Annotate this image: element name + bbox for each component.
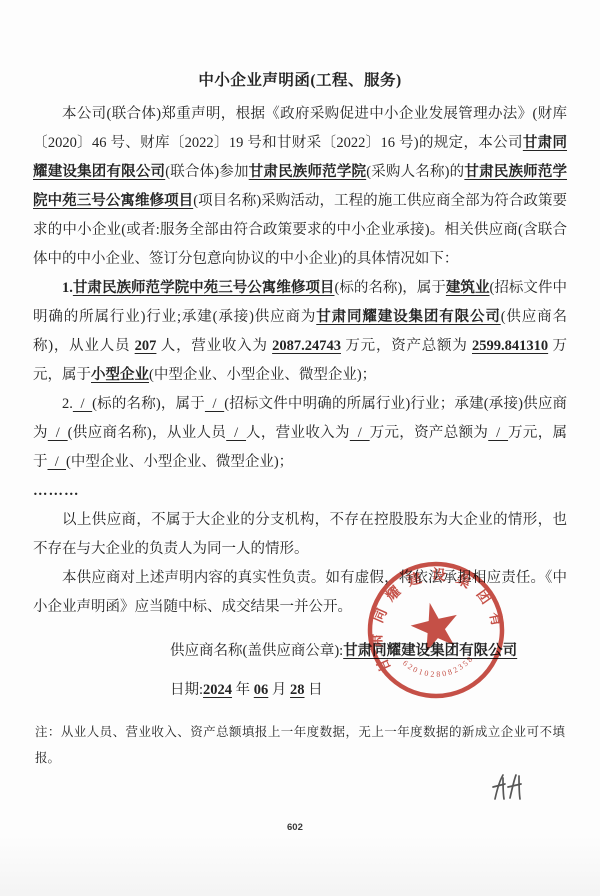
text-segment: 月 <box>268 682 290 698</box>
text-segment: / <box>226 425 246 441</box>
text-segment: 2087.24743 <box>272 338 341 354</box>
supplier-name-line: 供应商名称(盖供应商公章):甘肃同耀建设集团有限公司 <box>170 636 567 666</box>
text-segment: 万元，资产总额为 <box>341 338 472 354</box>
paragraph-item-1: 1.甘肃民族师范学院中苑三号公寓维修项目(标的名称)，属于建筑业(招标文件中明确… <box>33 274 567 390</box>
text-segment: 28 <box>290 682 305 698</box>
ellipsis-line: ……… <box>33 477 567 506</box>
text-segment: 小型企业 <box>91 367 149 383</box>
handwritten-mark-icon <box>488 770 530 810</box>
paragraph-no-big-enterprise: 以上供应商，不属于大企业的分支机构，不存在控股股东为大企业的情形，也不存在与大企… <box>33 506 567 564</box>
signature-block: 供应商名称(盖供应商公章):甘肃同耀建设集团有限公司 日期:2024 年 06 … <box>170 636 567 705</box>
text-segment: 日期: <box>170 682 203 698</box>
document-body: 本公司(联合体)郑重声明，根据《政府采购促进中小企业发展管理办法》(财库〔202… <box>33 100 567 771</box>
text-segment: (标的名称)，属于 <box>92 396 205 412</box>
text-segment: 1. <box>62 280 73 296</box>
page-number: 602 <box>287 822 303 833</box>
text-segment: (供应商名称)，从业人员 <box>68 425 227 441</box>
footnote: 注：从业人员、营业收入、资产总额填报上一年度数据，无上一年度数据的新成立企业可不… <box>35 719 565 771</box>
text-segment: 2. <box>62 396 73 412</box>
text-segment: / <box>488 425 508 441</box>
text-segment: (中型企业、小型企业、微型企业)； <box>149 367 376 383</box>
text-segment: / <box>73 396 92 412</box>
date-line: 日期:2024 年 06 月 28 日 <box>170 675 567 705</box>
text-segment: 207 <box>135 338 157 354</box>
document-page: 中小企业声明函(工程、服务) 本公司(联合体)郑重声明，根据《政府采购促进中小企… <box>0 0 600 896</box>
text-segment: 建筑业 <box>446 280 490 296</box>
text-segment: / <box>48 454 67 470</box>
text-segment: 年 <box>232 682 254 698</box>
text-segment: 本供应商对上述声明内容的真实性负责。如有虚假，将依法承担相应责任。《中小企业声明… <box>33 570 567 615</box>
document-title: 中小企业声明函(工程、服务) <box>33 68 567 90</box>
text-segment: 2599.841310 <box>472 338 548 354</box>
text-segment: 供应商名称(盖供应商公章): <box>170 643 343 659</box>
text-segment: (采购人名称)的 <box>366 164 464 180</box>
text-segment: 本公司(联合体)郑重声明，根据《政府采购促进中小企业发展管理办法》(财库〔202… <box>33 106 567 151</box>
text-segment: 甘肃同耀建设集团有限公司 <box>316 309 500 325</box>
text-segment: 甘肃民族师范学院 <box>249 164 367 180</box>
text-segment: 2024 <box>203 682 232 698</box>
text-segment: / <box>48 425 68 441</box>
text-segment: 甘肃民族师范学院中苑三号公寓维修项目 <box>73 280 335 296</box>
text-segment: 日 <box>305 682 323 698</box>
text-segment: / <box>350 425 370 441</box>
text-segment: 人，营业收入为 <box>156 338 272 354</box>
text-segment: 人，营业收入为 <box>246 425 350 441</box>
text-segment: 06 <box>254 682 269 698</box>
paragraph-declaration: 本公司(联合体)郑重声明，根据《政府采购促进中小企业发展管理办法》(财库〔202… <box>33 100 567 274</box>
text-segment: 万元，资产总额为 <box>370 425 489 441</box>
text-segment: 以上供应商，不属于大企业的分支机构，不存在控股股东为大企业的情形，也不存在与大企… <box>33 512 567 557</box>
text-segment: (标的名称)，属于 <box>334 280 445 296</box>
text-segment: 甘肃同耀建设集团有限公司 <box>343 643 517 659</box>
text-segment: / <box>205 396 224 412</box>
text-segment: (中型企业、小型企业、微型企业)； <box>66 454 293 470</box>
text-segment: (联合体)参加 <box>165 164 248 180</box>
paragraph-responsibility: 本供应商对上述声明内容的真实性负责。如有虚假，将依法承担相应责任。《中小企业声明… <box>33 564 567 622</box>
paragraph-item-2-blank: 2. / (标的名称)，属于 / (招标文件中明确的所属行业)行业；承建(承接)… <box>33 390 567 477</box>
